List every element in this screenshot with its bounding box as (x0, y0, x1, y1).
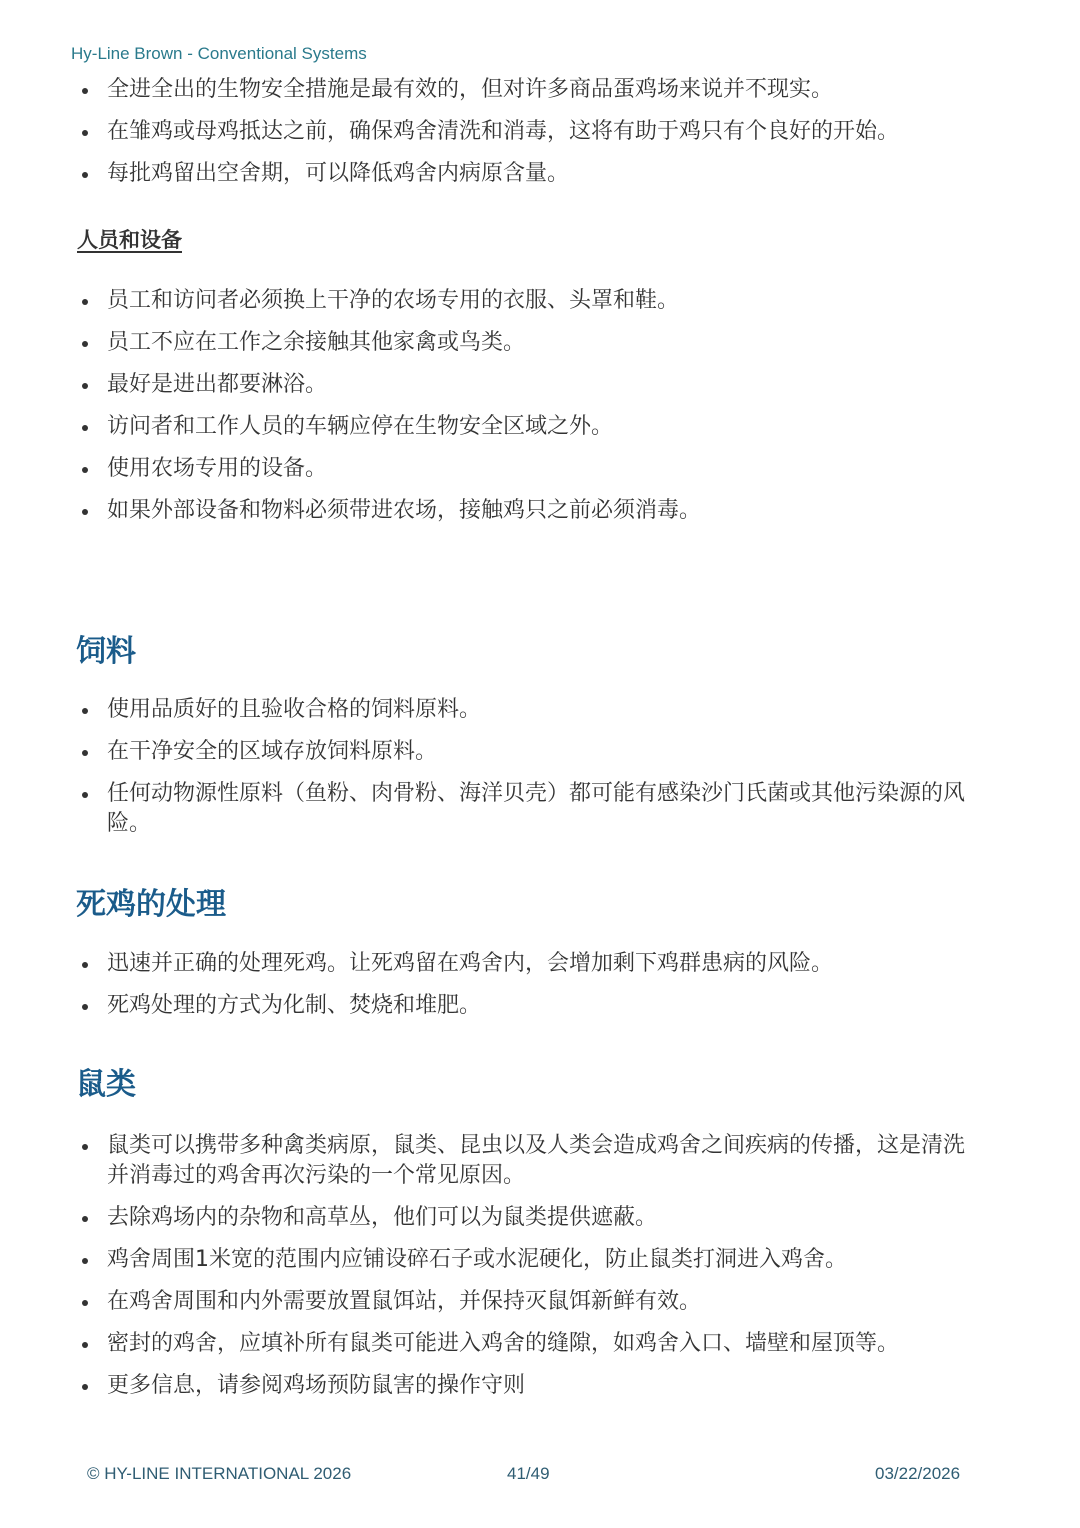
bullet-icon (82, 792, 88, 798)
dead-birds-section-title: 死鸡的处理 (76, 879, 226, 923)
bullet-icon (82, 1384, 88, 1390)
footer-page-number: 41/49 (507, 1464, 550, 1484)
bullet-icon (82, 467, 88, 473)
list-item: 迅速并正确的处理死鸡。让死鸡留在鸡舍内，会增加剩下鸡群患病的风险。 (78, 949, 978, 979)
list-item: 鼠类可以携带多种禽类病原，鼠类、昆虫以及人类会造成鸡舍之间疾病的传播，这是清洗并… (78, 1131, 978, 1191)
list-item: 在干净安全的区域存放饲料原料。 (78, 737, 978, 767)
intro-bullet-list: 全进全出的生物安全措施是最有效的，但对许多商品蛋鸡场来说并不现实。 在雏鸡或母鸡… (78, 75, 978, 201)
list-item: 去除鸡场内的杂物和高草丛，他们可以为鼠类提供遮蔽。 (78, 1203, 978, 1233)
personnel-bullet-list: 员工和访问者必须换上干净的农场专用的衣服、头罩和鞋。 员工不应在工作之余接触其他… (78, 286, 978, 538)
bullet-icon (82, 750, 88, 756)
feed-bullet-list: 使用品质好的且验收合格的饲料原料。 在干净安全的区域存放饲料原料。 任何动物源性… (78, 695, 978, 851)
bullet-icon (82, 425, 88, 431)
bullet-icon (82, 962, 88, 968)
rodents-section-title: 鼠类 (76, 1059, 136, 1103)
bullet-icon (82, 1144, 88, 1150)
bullet-icon (82, 1004, 88, 1010)
list-item: 全进全出的生物安全措施是最有效的，但对许多商品蛋鸡场来说并不现实。 (78, 75, 978, 105)
bullet-icon (82, 88, 88, 94)
bullet-icon (82, 509, 88, 515)
list-item: 在雏鸡或母鸡抵达之前，确保鸡舍清洗和消毒，这将有助于鸡只有个良好的开始。 (78, 117, 978, 147)
list-item: 在鸡舍周围和内外需要放置鼠饵站，并保持灭鼠饵新鲜有效。 (78, 1287, 978, 1317)
rodents-bullet-list: 鼠类可以携带多种禽类病原，鼠类、昆虫以及人类会造成鸡舍之间疾病的传播，这是清洗并… (78, 1131, 978, 1413)
bullet-icon (82, 130, 88, 136)
dead-birds-bullet-list: 迅速并正确的处理死鸡。让死鸡留在鸡舍内，会增加剩下鸡群患病的风险。 死鸡处理的方… (78, 949, 978, 1033)
list-item: 密封的鸡舍，应填补所有鼠类可能进入鸡舍的缝隙，如鸡舍入口、墙壁和屋顶等。 (78, 1329, 978, 1359)
list-item: 使用品质好的且验收合格的饲料原料。 (78, 695, 978, 725)
bullet-icon (82, 299, 88, 305)
bullet-icon (82, 1216, 88, 1222)
list-item: 如果外部设备和物料必须带进农场，接触鸡只之前必须消毒。 (78, 496, 978, 526)
running-header: Hy-Line Brown - Conventional Systems (71, 44, 367, 64)
bullet-icon (82, 708, 88, 714)
footer-date: 03/22/2026 (875, 1464, 960, 1484)
bullet-icon (82, 341, 88, 347)
footer-copyright: © HY-LINE INTERNATIONAL 2026 (87, 1464, 351, 1484)
feed-section-title: 饲料 (76, 626, 136, 670)
list-item: 任何动物源性原料（鱼粉、肉骨粉、海洋贝壳）都可能有感染沙门氏菌或其他污染源的风险… (78, 779, 978, 839)
bullet-icon (82, 383, 88, 389)
list-item: 每批鸡留出空舍期，可以降低鸡舍内病原含量。 (78, 159, 978, 189)
personnel-subheading: 人员和设备 (77, 224, 182, 254)
list-item: 员工和访问者必须换上干净的农场专用的衣服、头罩和鞋。 (78, 286, 978, 316)
bullet-icon (82, 172, 88, 178)
list-item: 员工不应在工作之余接触其他家禽或鸟类。 (78, 328, 978, 358)
list-item: 访问者和工作人员的车辆应停在生物安全区域之外。 (78, 412, 978, 442)
list-item: 使用农场专用的设备。 (78, 454, 978, 484)
bullet-icon (82, 1258, 88, 1264)
list-item: 更多信息，请参阅鸡场预防鼠害的操作守则 (78, 1371, 978, 1401)
list-item: 最好是进出都要淋浴。 (78, 370, 978, 400)
list-item: 鸡舍周围1米宽的范围内应铺设碎石子或水泥硬化，防止鼠类打洞进入鸡舍。 (78, 1245, 978, 1275)
list-item: 死鸡处理的方式为化制、焚烧和堆肥。 (78, 991, 978, 1021)
bullet-icon (82, 1300, 88, 1306)
bullet-icon (82, 1342, 88, 1348)
